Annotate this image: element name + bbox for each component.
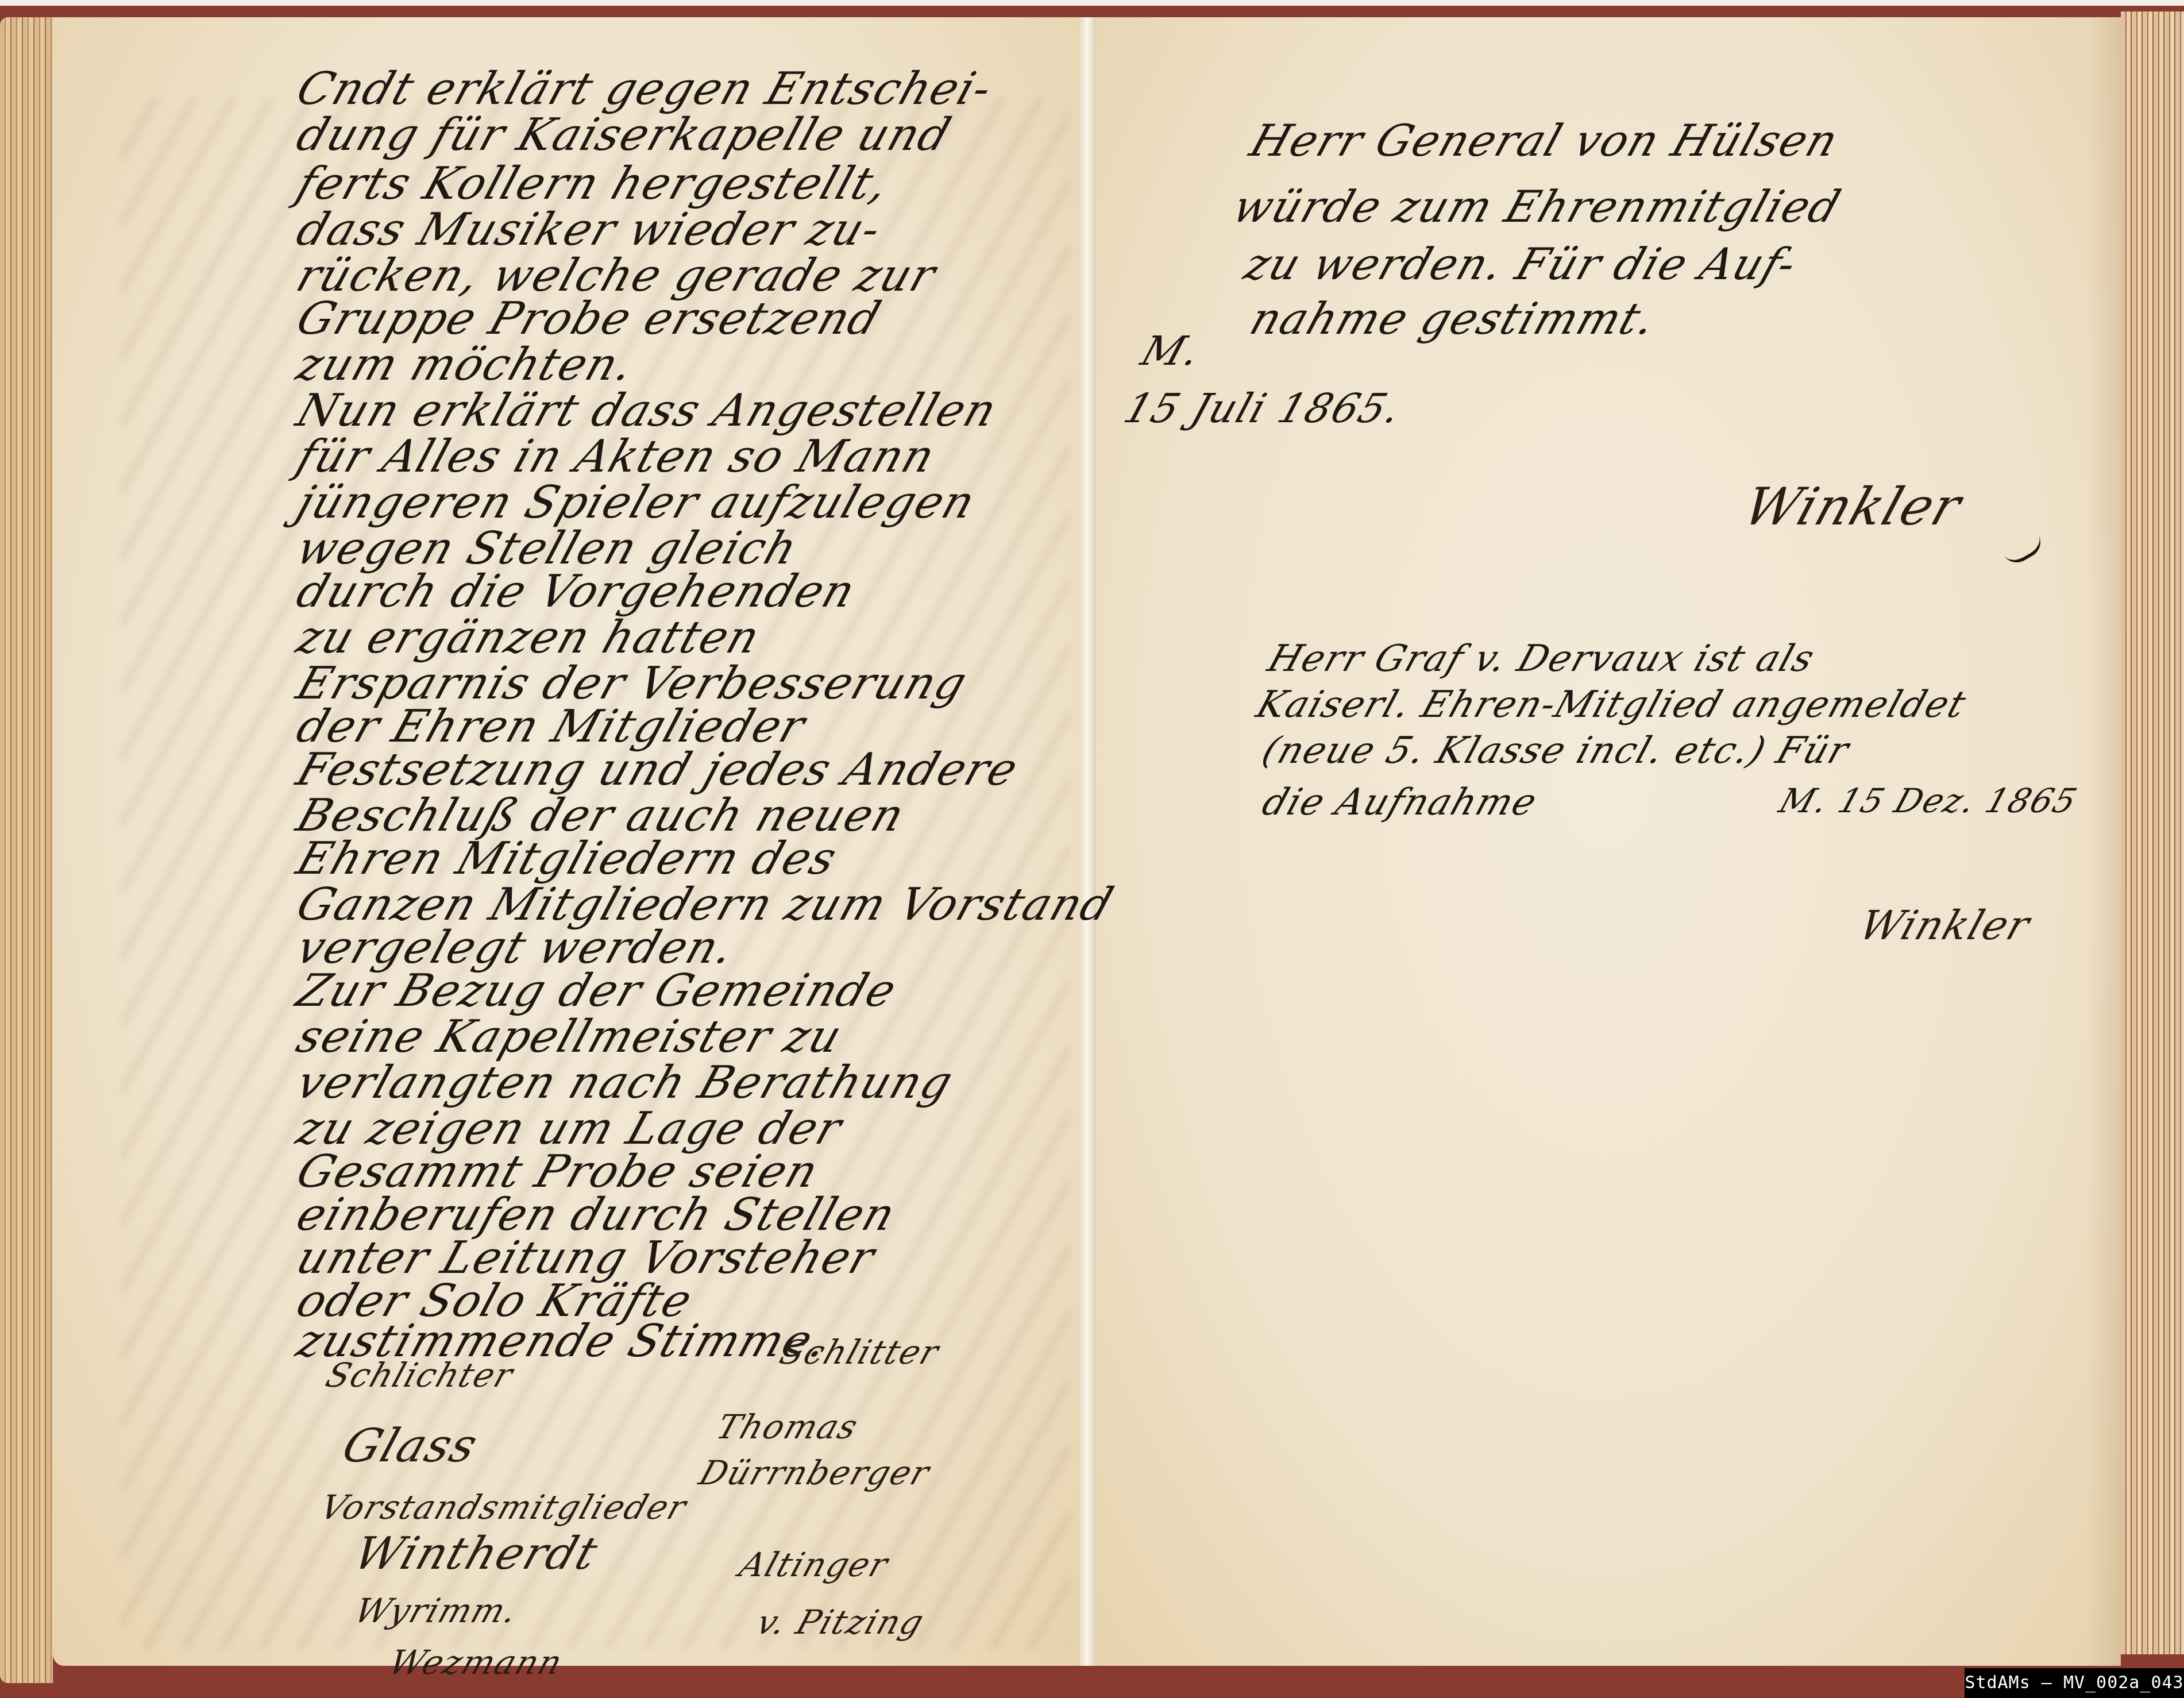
book-gutter [1080, 17, 1096, 1666]
page-shadow [2086, 17, 2121, 1666]
left-line: zu ergänzen hatten [290, 612, 767, 663]
signature: Winkler [1854, 902, 2037, 949]
right-line: Herr Graf v. Dervaux ist als [1263, 638, 1820, 680]
signature: Altinger [735, 1545, 894, 1584]
left-line: zum möchten. [290, 339, 641, 391]
right-line: (neue 5. Klasse incl. etc.) Für [1257, 730, 1855, 772]
signature: Schlichter [321, 1356, 519, 1395]
left-page-edges [0, 17, 53, 1683]
left-line: Zur Bezug der Gemeinde [290, 965, 903, 1017]
signature: Schlitter [775, 1333, 944, 1372]
signature: Wezmann [384, 1643, 568, 1682]
left-line: dass Musiker wieder zu- [290, 204, 888, 256]
left-line: jüngeren Spieler aufzulegen [290, 477, 982, 528]
signature: Wintherdt [348, 1528, 605, 1580]
right-line: Herr General von Hülsen [1244, 115, 1846, 166]
signature: Dürrnberger [694, 1453, 935, 1492]
left-line: Festsetzung und jedes Andere [290, 744, 1025, 796]
left-line: Cndt erklärt gegen Entschei- [290, 63, 999, 115]
left-line: seine Kapellmeister zu [290, 1011, 848, 1063]
left-line: ferts Kollern hergestellt, [290, 158, 896, 210]
signature: Glass [336, 1419, 485, 1472]
date-line: 15 Juli 1865. [1118, 385, 1409, 432]
left-line: für Alles in Akten so Mann [290, 431, 941, 483]
signature: Winkler [1737, 477, 1969, 537]
signature: Wyrimm. [350, 1591, 523, 1630]
signature: Vorstandsmitglieder [315, 1488, 692, 1527]
signature: v. Pitzing [752, 1603, 929, 1642]
left-line: Nun erklärt dass Angestellen [290, 385, 1004, 437]
signature: Thomas [712, 1407, 863, 1446]
left-line: Gruppe Probe ersetzend [290, 293, 888, 345]
right-line: die Aufnahme [1257, 781, 1543, 824]
left-line: Ehren Mitgliedern des [290, 833, 844, 885]
right-page-edges [2121, 11, 2184, 1654]
left-line: verlangten nach Berathung [290, 1057, 960, 1109]
date-line: M. 15 Dez. 1865 [1774, 781, 2082, 820]
left-line: durch die Vorgehenden [290, 566, 862, 618]
right-line: würde zum Ehrenmitglied [1227, 181, 1848, 232]
left-line: dung für Kaiserkapelle und [290, 109, 958, 161]
right-line: zu werden. Für die Auf- [1238, 238, 1804, 290]
right-line: nahme gestimmt. [1244, 293, 1664, 344]
right-line: Kaiserl. Ehren-Mitglied angemeldet [1251, 684, 1972, 726]
book-spread: Cndt erklärt gegen Entschei- dung für Ka… [0, 6, 2184, 1698]
archive-label: StdAMs – MV_002a_043 [1965, 1668, 2184, 1698]
